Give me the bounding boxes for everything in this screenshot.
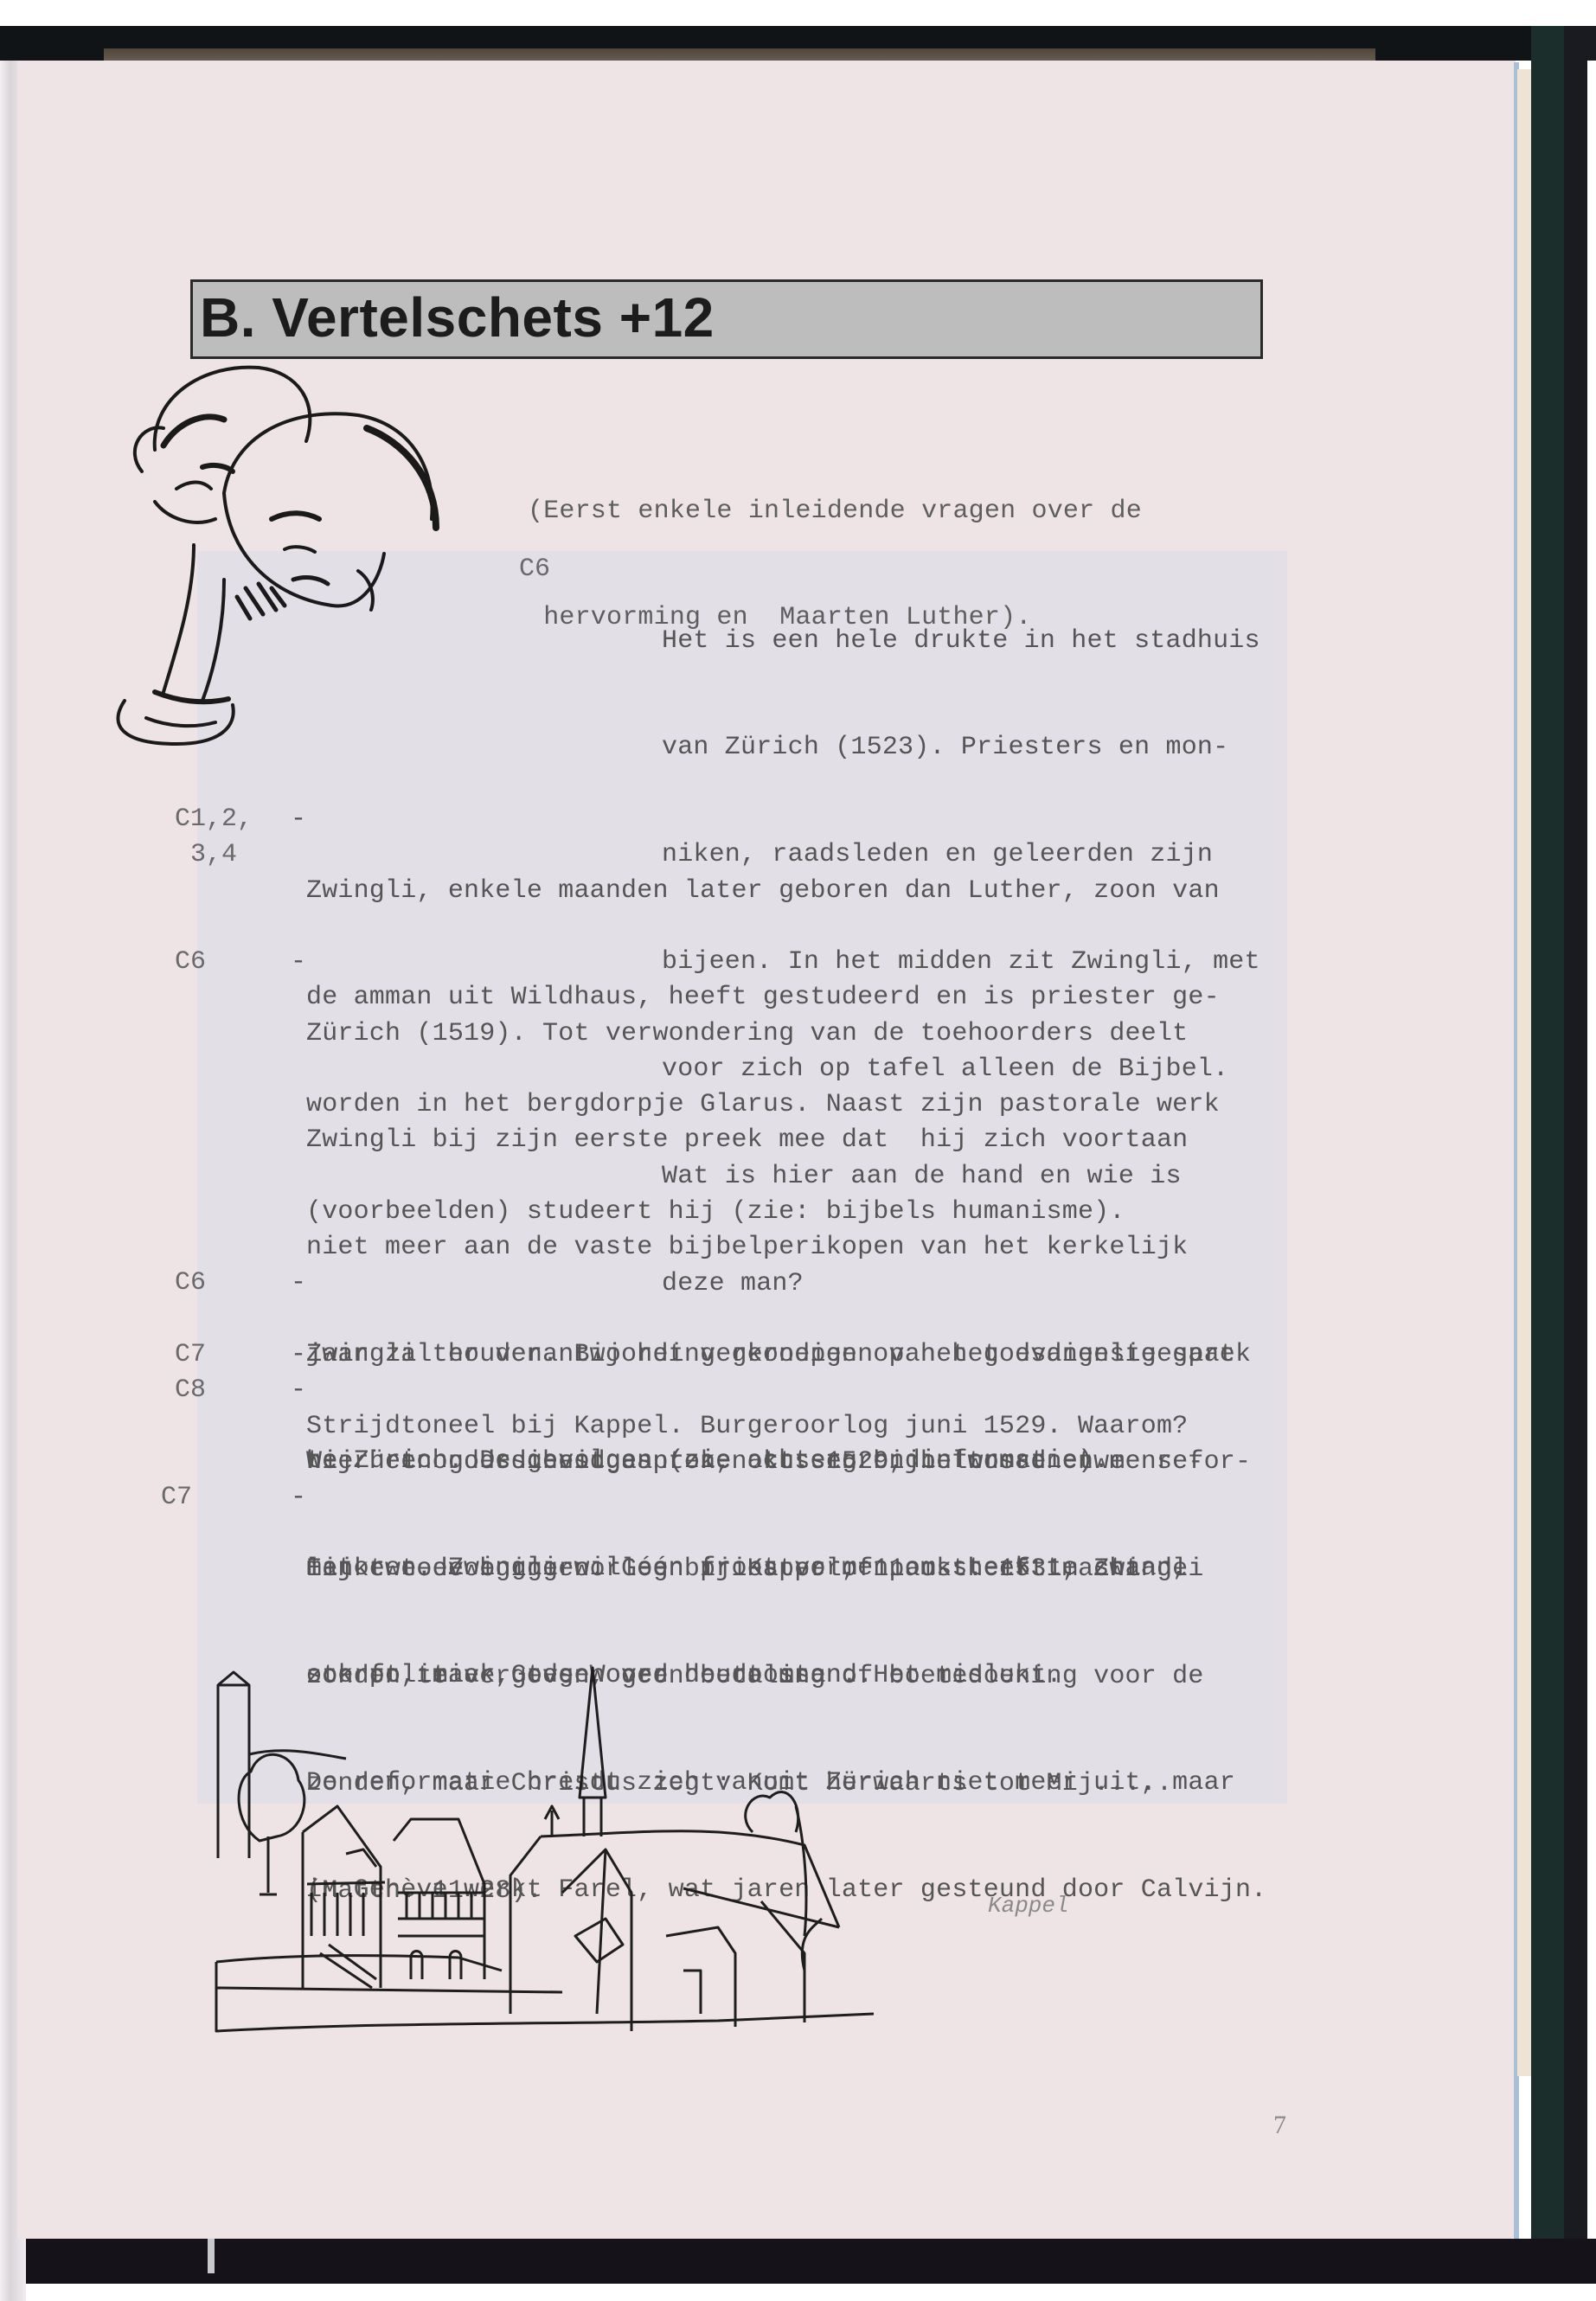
margin-reference: C6 [175,945,206,980]
children-illustration-icon [73,320,479,744]
bullet-dash: - [291,1373,306,1408]
margin-reference: C6 [519,552,550,587]
background-edge [1587,61,1596,2284]
margin-reference: C1,2, 3,4 [175,802,253,874]
text-line: niet meer aan de vaste bijbelperikopen v… [306,1230,1235,1266]
text-line: Weer een godsdienstgesprek, okt. 1529, n… [306,1445,1251,1480]
text-line: van Zürich (1523). Priesters en mon- [662,730,1260,766]
village-illustration-icon [199,1607,874,1971]
bullet-dash: - [291,802,306,837]
page-edge-cream [1517,69,1531,2076]
page-number: 7 [1273,2111,1286,2140]
margin-reference: C7 [161,1480,192,1516]
margin-reference: C7 [175,1337,206,1373]
text-line: Een tweede burgeroorlog bij Kappel, 11 o… [306,1552,1266,1587]
bullet-dash: - [291,1266,306,1301]
bullet-dash: - [291,1337,306,1373]
margin-reference: C8 [175,1373,206,1408]
bullet-dash: - [291,1480,306,1516]
text-line: Zwingli bij zijn eerste preek mee dat hi… [306,1123,1235,1158]
village-caption: Kappel [988,1893,1069,1919]
book-page: B. Vertelschets +12 [17,61,1516,2239]
bullet-dash: - [291,945,306,980]
text-line: Zürich (1519). Tot verwondering van de t… [306,1016,1235,1052]
margin-reference: C6 [175,1266,206,1301]
intro-line: (Eerst enkele inleidende vragen over de [528,494,1142,529]
cover-sheen [104,48,1375,61]
text-line: Het is een hele drukte in het stadhuis [662,624,1260,659]
text-line: Zwingli, enkele maanden later geboren da… [306,874,1220,909]
cover-gap [208,2239,215,2273]
book-cover-bottom [26,2239,1596,2284]
